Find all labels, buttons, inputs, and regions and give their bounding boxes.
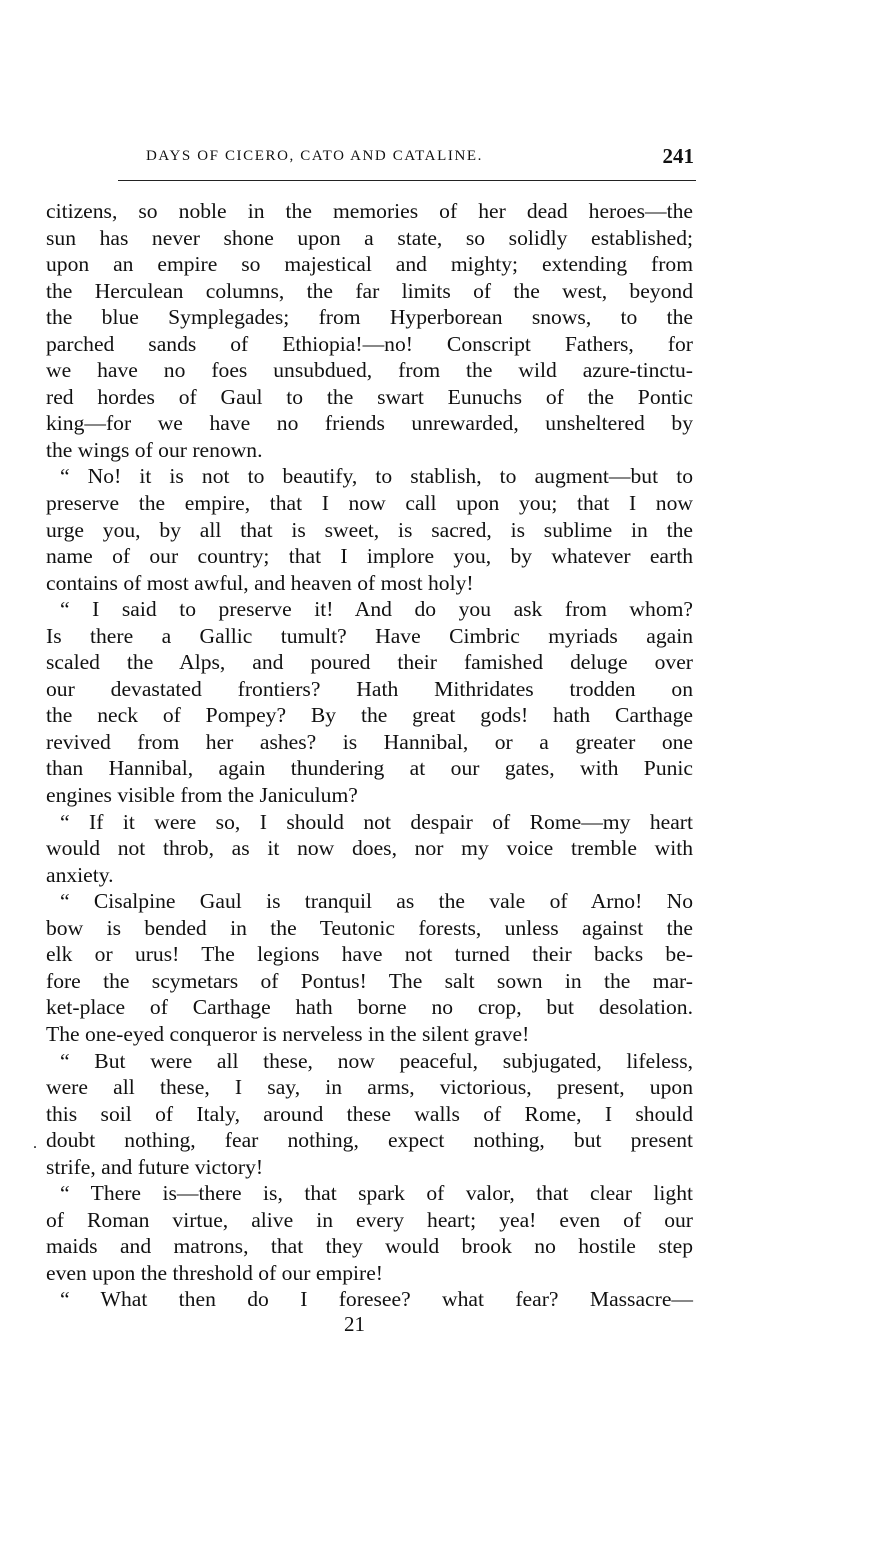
running-title: DAYS OF CICERO, CATO AND CATALINE. bbox=[146, 148, 483, 165]
text-line: even upon the threshold of our empire! bbox=[46, 1260, 693, 1287]
header-rule bbox=[118, 180, 696, 181]
text-line: “ But were all these, now peaceful, subj… bbox=[46, 1048, 693, 1075]
text-line: maids and matrons, that they would brook… bbox=[46, 1233, 693, 1260]
text-line: doubt nothing, fear nothing, expect noth… bbox=[46, 1127, 693, 1154]
page-number: 241 bbox=[663, 144, 695, 169]
text-line: “ Cisalpine Gaul is tranquil as the vale… bbox=[46, 888, 693, 915]
text-line: red hordes of Gaul to the swart Eunuchs … bbox=[46, 384, 693, 411]
text-line: the neck of Pompey? By the great gods! h… bbox=[46, 702, 693, 729]
text-line: “ What then do I foresee? what fear? Mas… bbox=[46, 1286, 693, 1313]
text-line: Is there a Gallic tumult? Have Cimbric m… bbox=[46, 623, 693, 650]
text-line: were all these, I say, in arms, victorio… bbox=[46, 1074, 693, 1101]
text-line: “ No! it is not to beautify, to stablish… bbox=[46, 463, 693, 490]
text-line: elk or urus! The legions have not turned… bbox=[46, 941, 693, 968]
text-line: we have no foes unsubdued, from the wild… bbox=[46, 357, 693, 384]
text-line: strife, and future victory! bbox=[46, 1154, 693, 1181]
margin-mark: . bbox=[33, 1135, 37, 1153]
text-line: urge you, by all that is sweet, is sacre… bbox=[46, 517, 693, 544]
book-page: DAYS OF CICERO, CATO AND CATALINE. 241 c… bbox=[0, 0, 896, 1550]
text-line: parched sands of Ethiopia!—no! Conscript… bbox=[46, 331, 693, 358]
signature-mark: 21 bbox=[344, 1312, 365, 1337]
text-line: anxiety. bbox=[46, 862, 693, 889]
text-line: upon an empire so majestical and mighty;… bbox=[46, 251, 693, 278]
text-line: “ I said to preserve it! And do you ask … bbox=[46, 596, 693, 623]
text-line: The one-eyed conqueror is nerveless in t… bbox=[46, 1021, 693, 1048]
text-line: ket-place of Carthage hath borne no crop… bbox=[46, 994, 693, 1021]
text-line: the wings of our renown. bbox=[46, 437, 693, 464]
running-head: DAYS OF CICERO, CATO AND CATALINE. 241 bbox=[118, 148, 694, 172]
text-line: fore the scymetars of Pontus! The salt s… bbox=[46, 968, 693, 995]
body-text: citizens, so noble in the memories of he… bbox=[46, 198, 693, 1313]
text-line: of Roman virtue, alive in every heart; y… bbox=[46, 1207, 693, 1234]
text-line: bow is bended in the Teutonic forests, u… bbox=[46, 915, 693, 942]
text-line: than Hannibal, again thundering at our g… bbox=[46, 755, 693, 782]
text-line: revived from her ashes? is Hannibal, or … bbox=[46, 729, 693, 756]
text-line: would not throb, as it now does, nor my … bbox=[46, 835, 693, 862]
text-line: “ There is—there is, that spark of valor… bbox=[46, 1180, 693, 1207]
text-line: engines visible from the Janiculum? bbox=[46, 782, 693, 809]
text-line: this soil of Italy, around these walls o… bbox=[46, 1101, 693, 1128]
text-line: king—for we have no friends unrewarded, … bbox=[46, 410, 693, 437]
text-line: the Herculean columns, the far limits of… bbox=[46, 278, 693, 305]
text-line: scaled the Alps, and poured their famish… bbox=[46, 649, 693, 676]
text-line: our devastated frontiers? Hath Mithridat… bbox=[46, 676, 693, 703]
text-line: preserve the empire, that I now call upo… bbox=[46, 490, 693, 517]
text-line: the blue Symplegades; from Hyperborean s… bbox=[46, 304, 693, 331]
text-line: name of our country; that I implore you,… bbox=[46, 543, 693, 570]
text-line: “ If it were so, I should not despair of… bbox=[46, 809, 693, 836]
text-line: sun has never shone upon a state, so sol… bbox=[46, 225, 693, 252]
text-line: contains of most awful, and heaven of mo… bbox=[46, 570, 693, 597]
text-line: citizens, so noble in the memories of he… bbox=[46, 198, 693, 225]
